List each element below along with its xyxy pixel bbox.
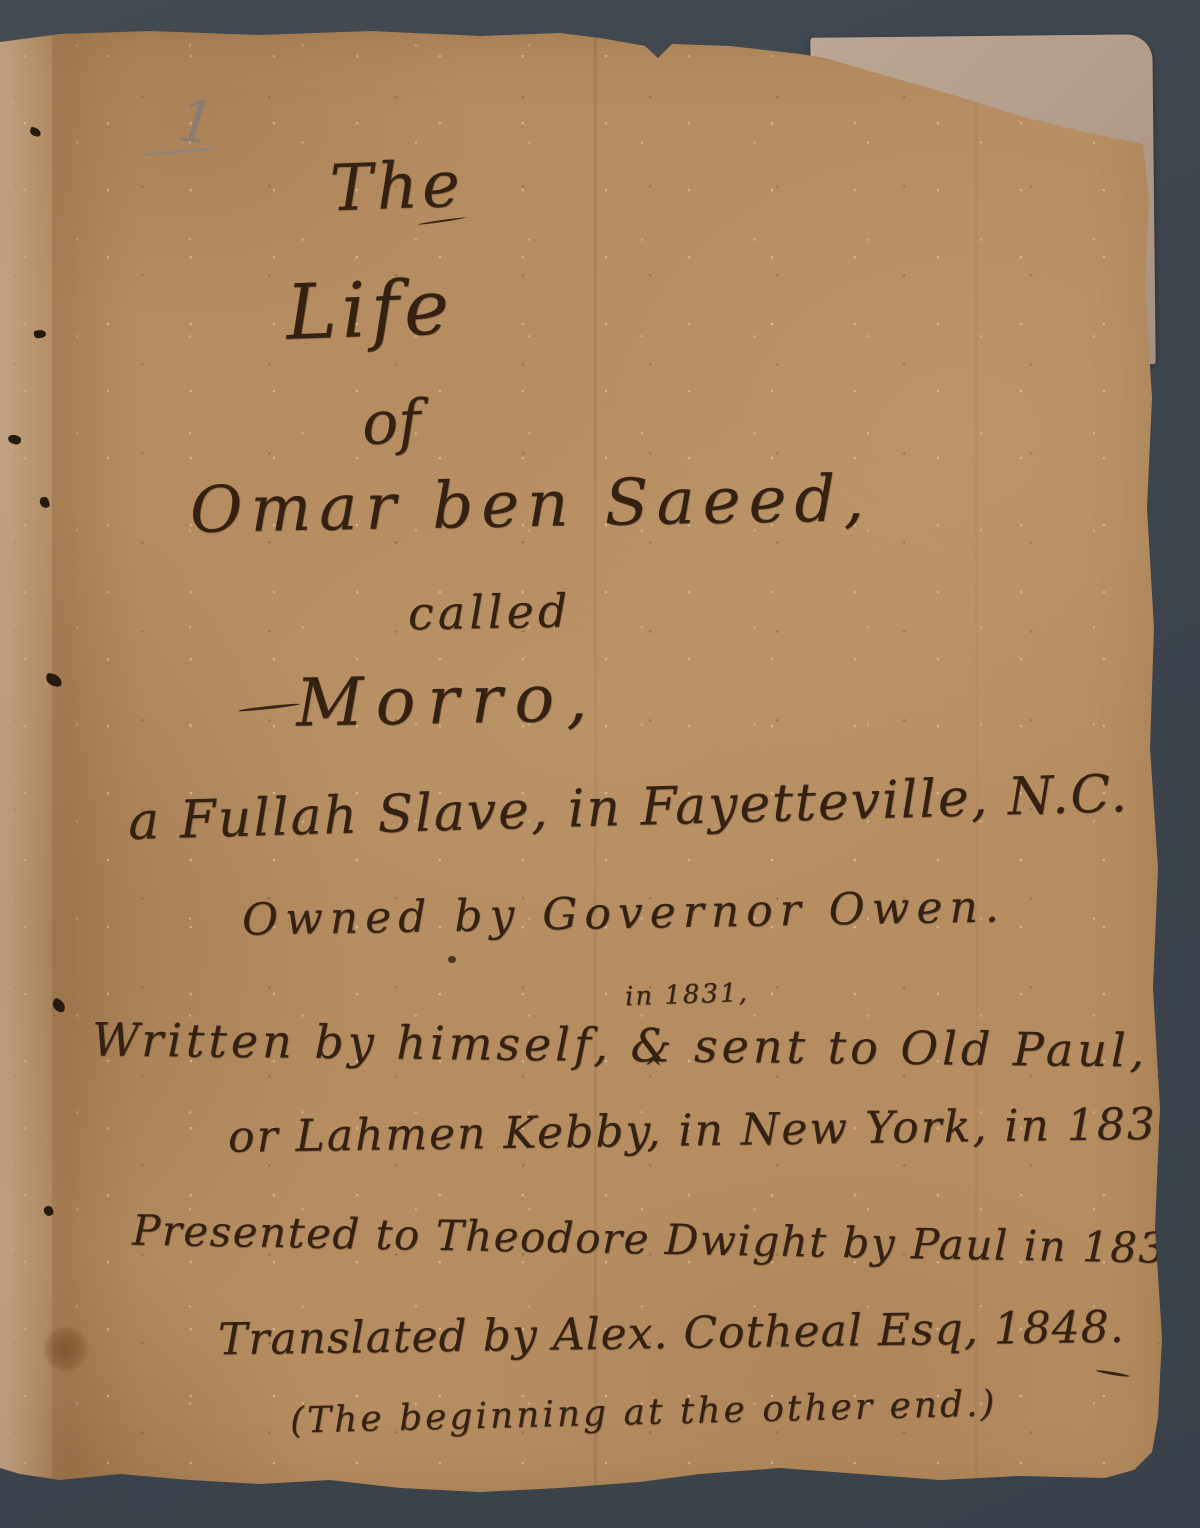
flourish-stroke bbox=[1096, 1369, 1130, 1378]
interlinear-insertion: in 1831, bbox=[625, 978, 750, 1012]
provenance-presented-line: Presented to Theodore Dwight by Paul in … bbox=[132, 1206, 1200, 1274]
vertical-fold-crease bbox=[594, 28, 597, 1502]
title-line-alias: Morro, bbox=[295, 659, 599, 741]
gutter-crease-shadow bbox=[52, 28, 142, 1502]
scan-background: 1 The Life of Omar ben Saeed, called Mor… bbox=[0, 0, 1200, 1528]
ownership-line: Owned by Governor Owen. bbox=[242, 881, 1007, 945]
flourish-stroke bbox=[238, 703, 300, 712]
title-line-of: of bbox=[361, 387, 422, 459]
vertical-fold-crease bbox=[975, 28, 978, 1502]
provenance-sent-line: or Lahmen Kebby, in New York, in 1836. bbox=[228, 1098, 1200, 1163]
provenance-note-line: (The beginning at the other end.) bbox=[290, 1383, 998, 1441]
ink-stain bbox=[42, 1326, 90, 1372]
title-line-life: Life bbox=[284, 262, 455, 357]
subtitle-line: a Fullah Slave, in Fayetteville, N.C. bbox=[127, 764, 1129, 852]
title-line-the: The bbox=[329, 148, 465, 227]
provenance-translated-line: Translated by Alex. Cotheal Esq, 1848. bbox=[218, 1302, 1125, 1366]
ink-speck bbox=[448, 956, 456, 963]
title-line-name: Omar ben Saeed, bbox=[189, 462, 872, 548]
manuscript-page: 1 The Life of Omar ben Saeed, called Mor… bbox=[0, 28, 1168, 1502]
provenance-written-line: Written by himself, & sent to Old Paul, bbox=[92, 1012, 1149, 1077]
title-line-called: called bbox=[408, 584, 572, 641]
